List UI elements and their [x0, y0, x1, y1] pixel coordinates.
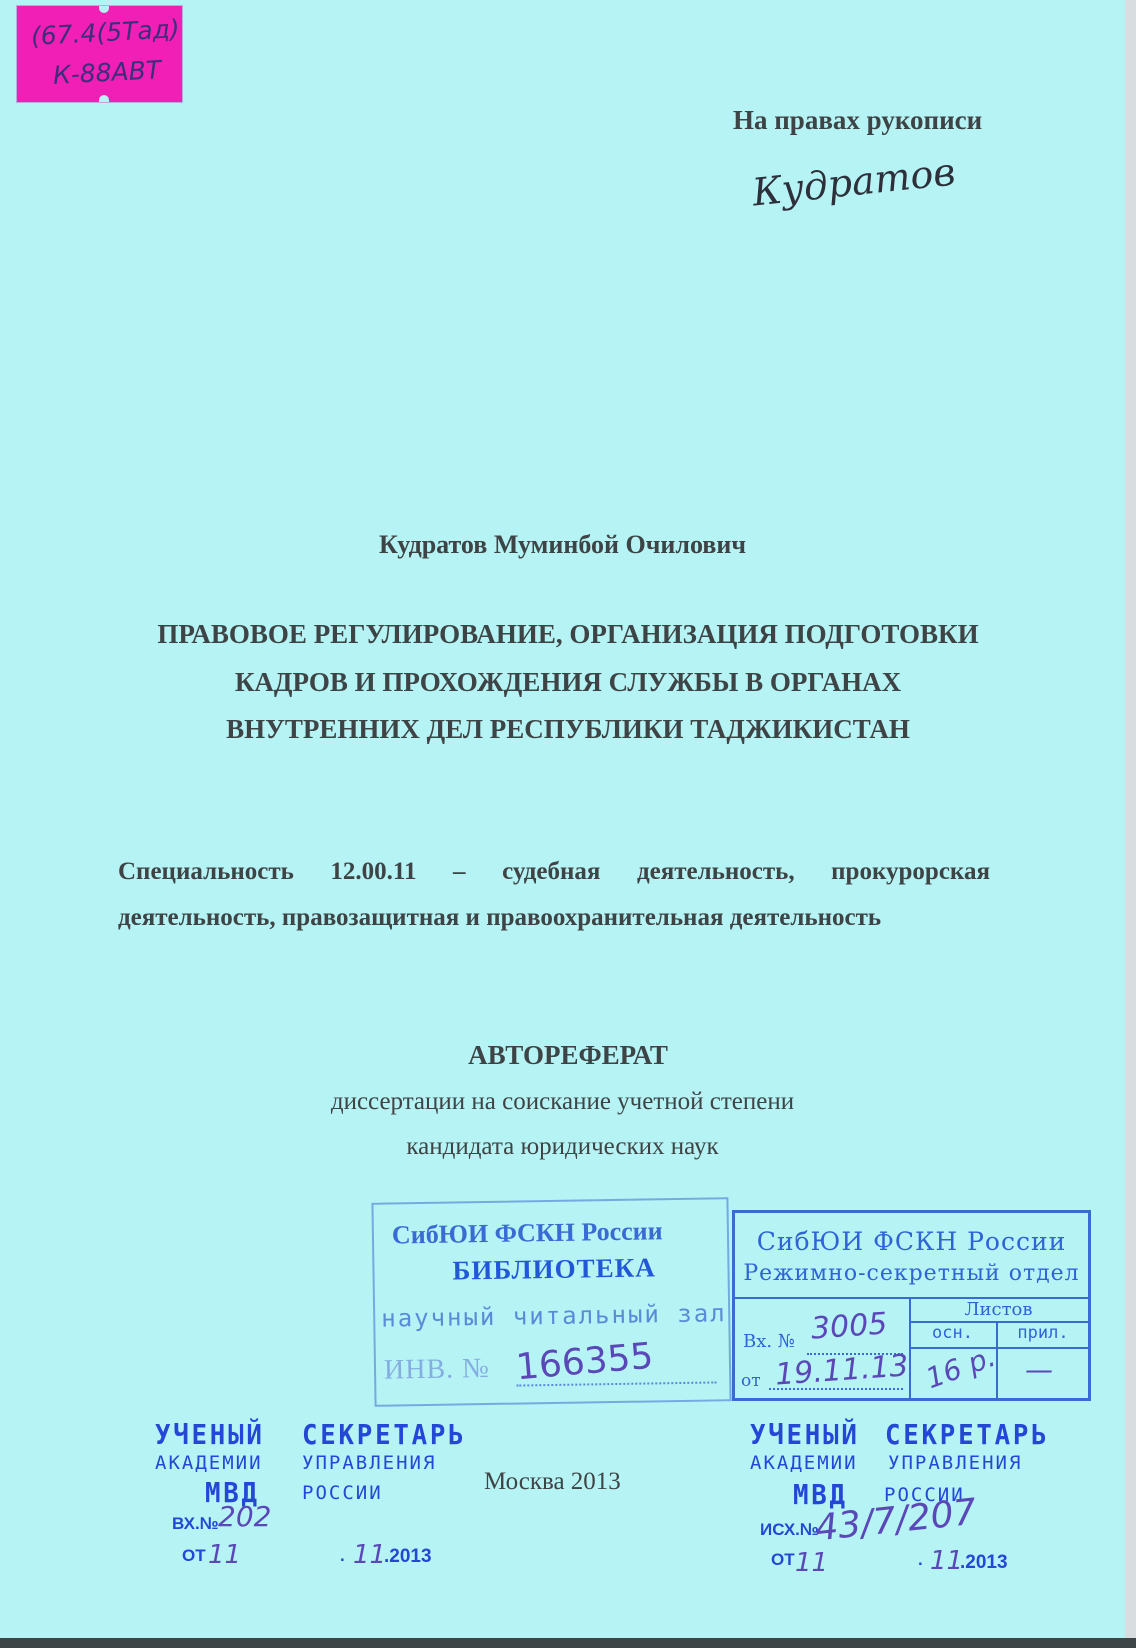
date-month: 11 [930, 1546, 963, 1576]
specialty-code: 12.00.11 [330, 858, 416, 886]
library-stamp-inv-label: ИНВ. № [384, 1353, 490, 1387]
price-label-line1: (67.4(5Тад) [30, 14, 180, 51]
date-label: ОТ [182, 1546, 206, 1566]
library-stamp-dept: БИБЛИОТЕКА [452, 1252, 656, 1286]
price-label-sticker: (67.4(5Тад) К-88АВТ [17, 6, 182, 102]
title-line-1: ПРАВОВОЕ РЕГУЛИРОВАНИЕ, ОРГАНИЗАЦИЯ ПОДГ… [0, 619, 1136, 650]
secretary-management: УПРАВЛЕНИЯ [888, 1452, 1022, 1474]
specialty-dash: – [453, 858, 466, 886]
date-year: .2013 [960, 1552, 1008, 1574]
abstract-heading: АВТОРЕФЕРАТ [0, 1040, 1136, 1071]
secretary-academy: АКАДЕМИИ [750, 1452, 858, 1474]
abstract-line-2: кандидата юридических наук [0, 1133, 1125, 1161]
secretary-title-b: СЕКРЕТАРЬ [885, 1418, 1049, 1451]
title-line-3: ВНУТРЕННИХ ДЕЛ РЕСПУБЛИКИ ТАДЖИКИСТАН [0, 714, 1136, 745]
secretary-title-b: СЕКРЕТАРЬ [302, 1418, 466, 1451]
stamp-divider [909, 1347, 1088, 1349]
abstract-line-1: диссертации на соискание учетной степени [0, 1088, 1125, 1116]
in-number-value: 3005 [810, 1306, 889, 1346]
library-stamp-room: научный читальный зал [381, 1299, 727, 1332]
price-label-line2: К-88АВТ [52, 55, 161, 90]
library-stamp: СибЮИ ФСКН России БИБЛИОТЕКА научный чит… [371, 1197, 731, 1407]
appendix-sheets-value: — [1025, 1353, 1053, 1386]
col-appendix-label: прил. [998, 1323, 1088, 1343]
secret-stamp-dept: Режимно-секретный отдел [735, 1261, 1088, 1286]
out-number-label: ИСХ.№ [760, 1520, 819, 1540]
title-line-2: КАДРОВ И ПРОХОЖДЕНИЯ СЛУЖБЫ В ОРГАНАХ [0, 667, 1136, 698]
in-number-value: 202 [218, 1500, 271, 1533]
date-label: от [741, 1371, 761, 1391]
secretary-russia: РОССИИ [302, 1482, 383, 1504]
date-separator: . [918, 1550, 923, 1570]
scan-edge-right [1125, 0, 1136, 1640]
specialty-word: судебная [502, 858, 600, 886]
place-and-year: Москва 2013 [484, 1468, 621, 1496]
date-day: 11 [208, 1540, 241, 1570]
specialty-line-1: Специальность 12.00.11 – судебная деятел… [118, 858, 990, 886]
library-stamp-org: СибЮИ ФСКН России [392, 1216, 663, 1250]
scan-edge-bottom [0, 1638, 1136, 1648]
secret-department-stamp: СибЮИ ФСКН России Режимно-секретный отде… [732, 1210, 1091, 1401]
library-inv-number: 166355 [514, 1336, 654, 1389]
manuscript-rights-note: На правах рукописи [733, 105, 982, 136]
sheets-label: Листов [909, 1299, 1088, 1320]
col-main-label: осн. [909, 1323, 996, 1343]
date-year: .2013 [384, 1546, 432, 1568]
secretary-title-a: УЧЕНЫЙ [750, 1418, 860, 1451]
specialty-line-2: деятельность, правозащитная и правоохран… [118, 904, 881, 932]
in-number-label: Вх. № [743, 1331, 795, 1352]
secret-stamp-org: СибЮИ ФСКН России [735, 1227, 1088, 1256]
specialty-word: прокурорская [831, 858, 990, 886]
author-name: Кудратов Муминбой Очилович [0, 530, 1125, 560]
secretary-academy: АКАДЕМИИ [155, 1452, 263, 1474]
in-number-label: ВХ.№ [172, 1514, 219, 1534]
date-label: ОТ [771, 1550, 795, 1570]
date-value: 19.11.13 [774, 1348, 910, 1392]
secretary-management: УПРАВЛЕНИЯ [302, 1452, 436, 1474]
date-day: 11 [795, 1548, 828, 1578]
specialty-word: Специальность [118, 858, 294, 886]
date-month: 11 [353, 1540, 386, 1570]
specialty-word: деятельность, [637, 858, 795, 886]
secretary-title-a: УЧЕНЫЙ [155, 1418, 265, 1451]
date-separator: . [340, 1546, 345, 1566]
